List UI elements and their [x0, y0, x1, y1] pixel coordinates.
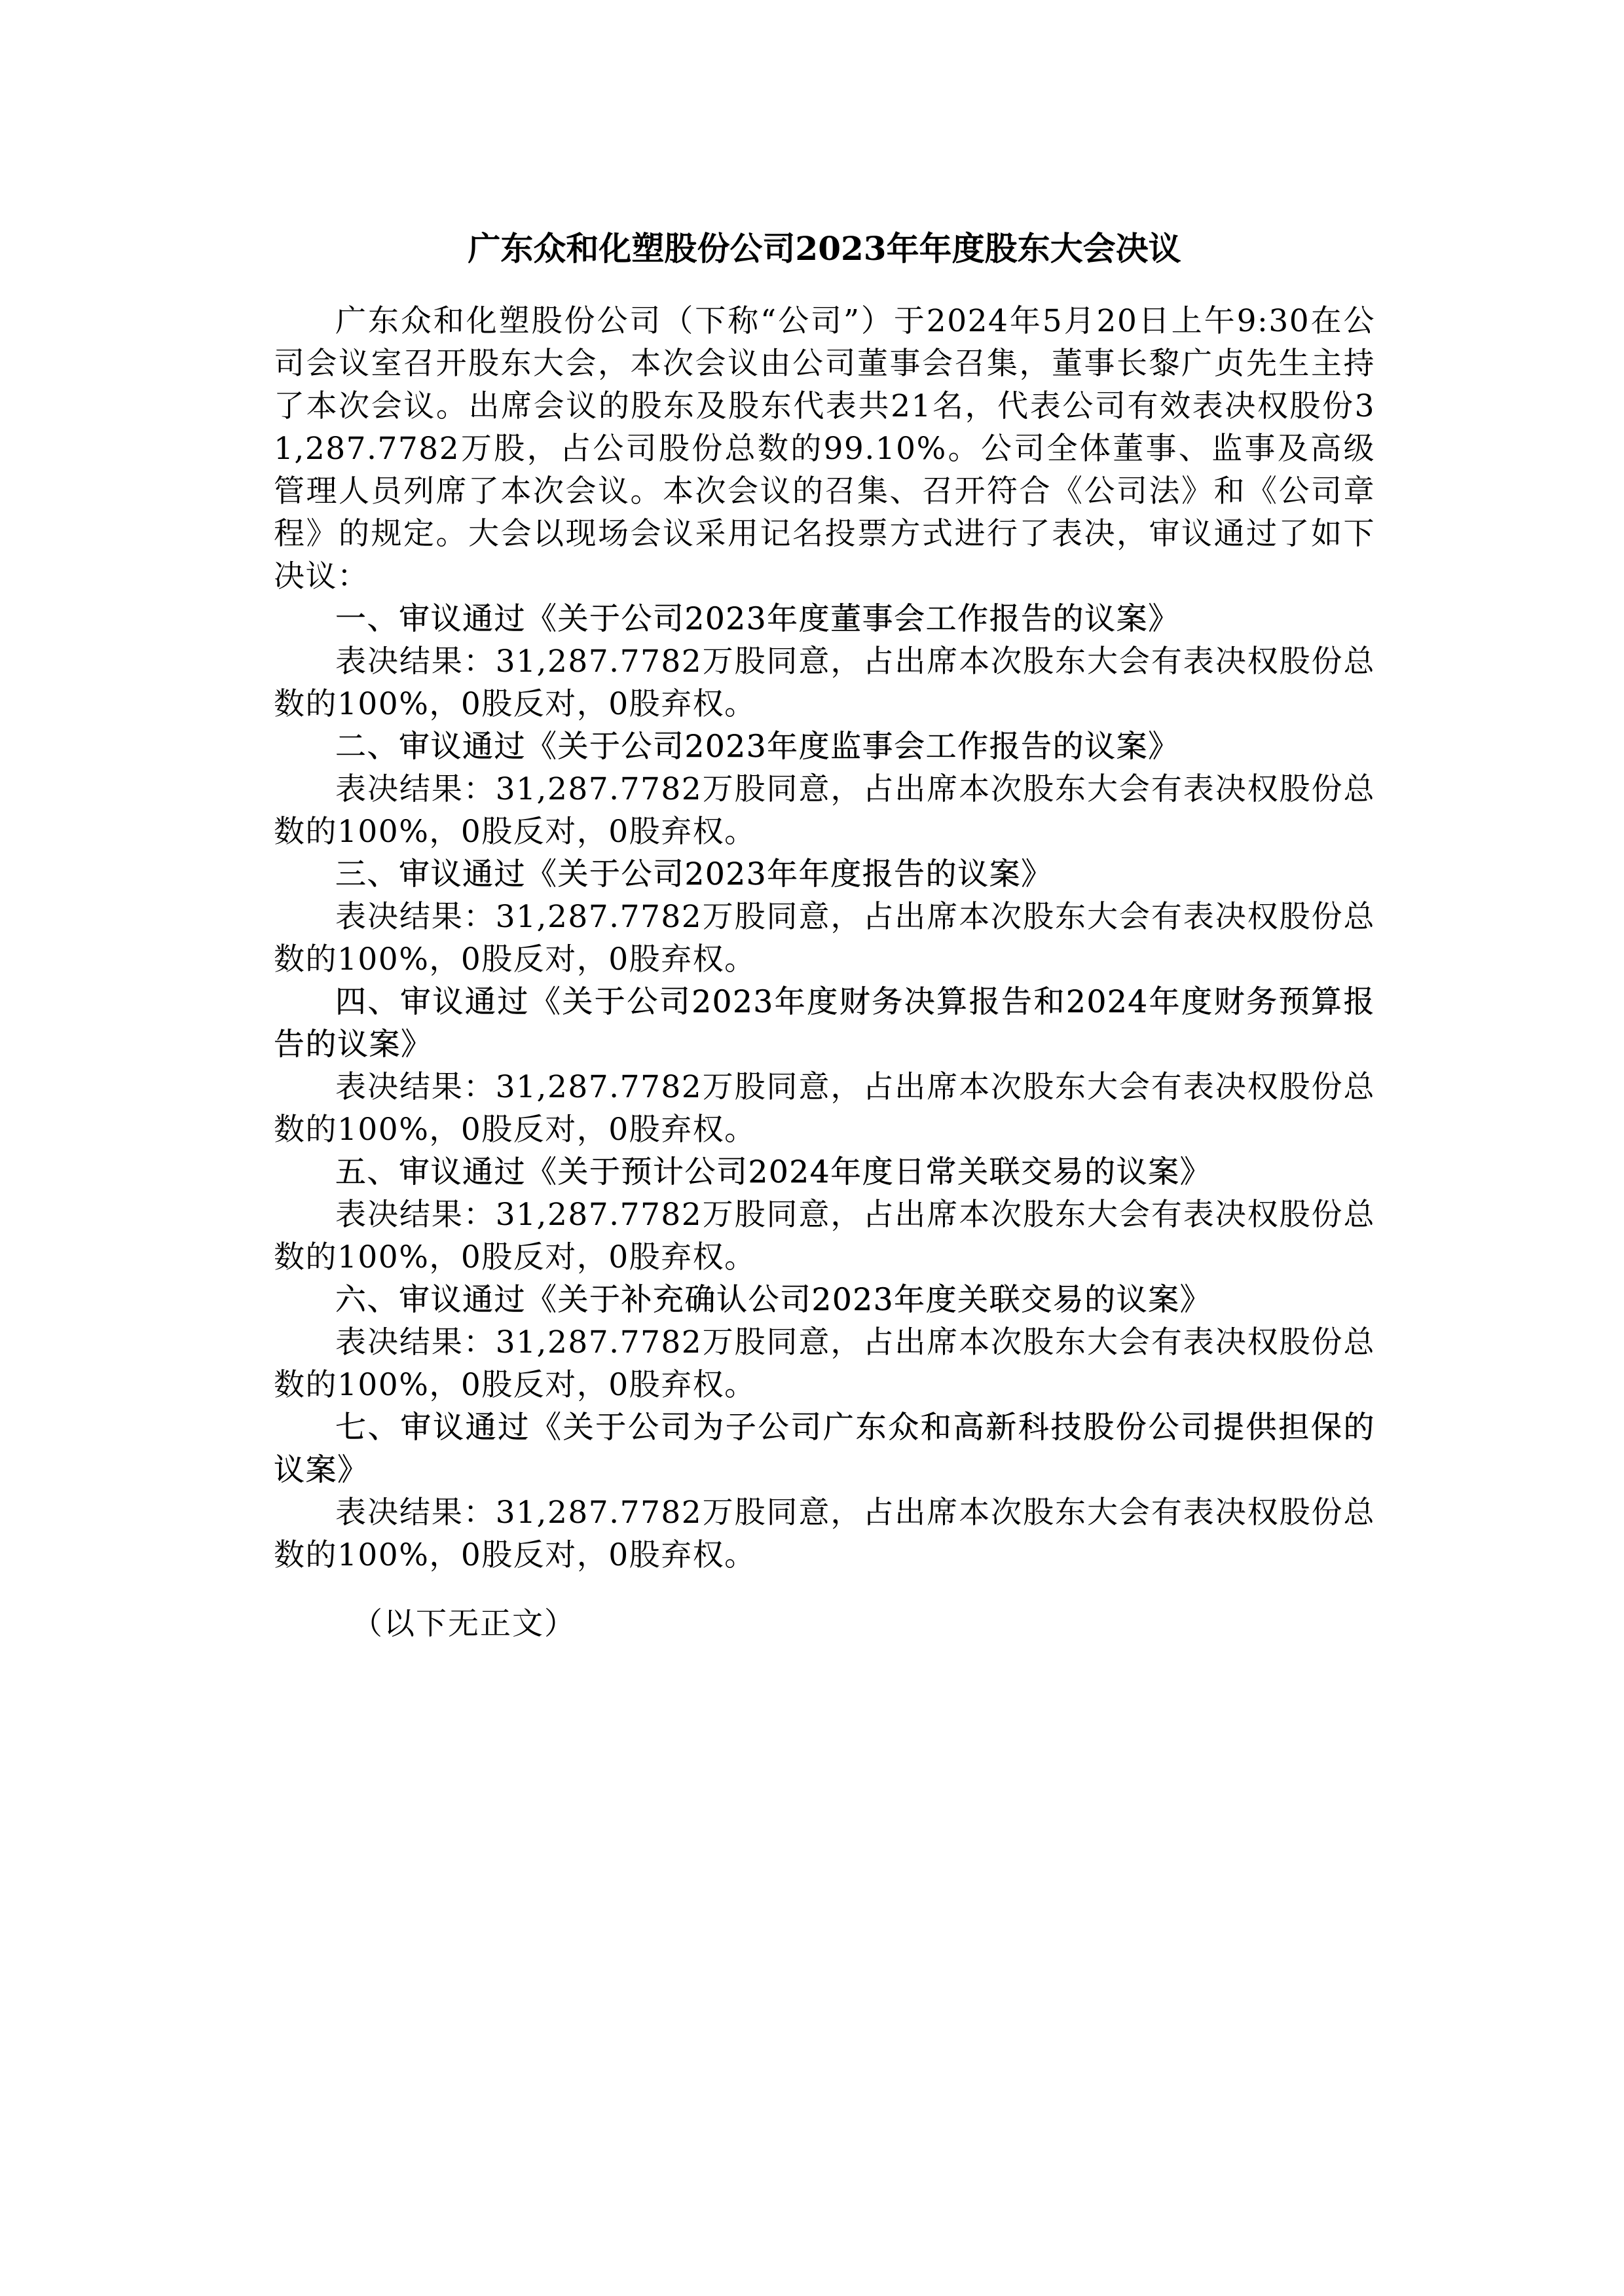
resolution-result: 表决结果：31,287.7782万股同意，占出席本次股东大会有表决权股份总数的1…	[274, 896, 1375, 981]
resolution-7: 七、审议通过《关于公司为子公司广东众和高新科技股份公司提供担保的议案》 表决结果…	[274, 1406, 1375, 1576]
resolution-result: 表决结果：31,287.7782万股同意，占出席本次股东大会有表决权股份总数的1…	[274, 1066, 1375, 1151]
resolution-result: 表决结果：31,287.7782万股同意，占出席本次股东大会有表决权股份总数的1…	[274, 768, 1375, 853]
intro-paragraph: 广东众和化塑股份公司（下称“公司”）于2024年5月20日上午9:30在公司会议…	[274, 300, 1375, 598]
resolution-result: 表决结果：31,287.7782万股同意，占出席本次股东大会有表决权股份总数的1…	[274, 1321, 1375, 1406]
resolution-2: 二、审议通过《关于公司2023年度监事会工作报告的议案》 表决结果：31,287…	[274, 725, 1375, 853]
resolution-4: 四、审议通过《关于公司2023年度财务决算报告和2024年度财务预算报告的议案》…	[274, 981, 1375, 1151]
resolution-heading: 二、审议通过《关于公司2023年度监事会工作报告的议案》	[274, 725, 1375, 768]
document-title: 广东众和化塑股份公司2023年年度股东大会决议	[274, 223, 1375, 275]
resolution-3: 三、审议通过《关于公司2023年年度报告的议案》 表决结果：31,287.778…	[274, 853, 1375, 981]
resolution-heading: 五、审议通过《关于预计公司2024年度日常关联交易的议案》	[274, 1151, 1375, 1194]
document-page: 广东众和化塑股份公司2023年年度股东大会决议 广东众和化塑股份公司（下称“公司…	[274, 223, 1375, 1645]
resolution-result: 表决结果：31,287.7782万股同意，占出席本次股东大会有表决权股份总数的1…	[274, 1491, 1375, 1576]
resolution-result: 表决结果：31,287.7782万股同意，占出席本次股东大会有表决权股份总数的1…	[274, 1194, 1375, 1279]
resolution-heading: 六、审议通过《关于补充确认公司2023年度关联交易的议案》	[274, 1279, 1375, 1321]
resolution-heading: 一、审议通过《关于公司2023年度董事会工作报告的议案》	[274, 598, 1375, 640]
resolution-5: 五、审议通过《关于预计公司2024年度日常关联交易的议案》 表决结果：31,28…	[274, 1151, 1375, 1279]
resolution-heading: 七、审议通过《关于公司为子公司广东众和高新科技股份公司提供担保的议案》	[274, 1406, 1375, 1491]
resolution-1: 一、审议通过《关于公司2023年度董事会工作报告的议案》 表决结果：31,287…	[274, 598, 1375, 725]
resolution-heading: 三、审议通过《关于公司2023年年度报告的议案》	[274, 853, 1375, 896]
resolution-6: 六、审议通过《关于补充确认公司2023年度关联交易的议案》 表决结果：31,28…	[274, 1279, 1375, 1406]
resolution-result: 表决结果：31,287.7782万股同意，占出席本次股东大会有表决权股份总数的1…	[274, 640, 1375, 725]
end-note: （以下无正文）	[274, 1603, 1375, 1645]
resolution-heading: 四、审议通过《关于公司2023年度财务决算报告和2024年度财务预算报告的议案》	[274, 981, 1375, 1066]
